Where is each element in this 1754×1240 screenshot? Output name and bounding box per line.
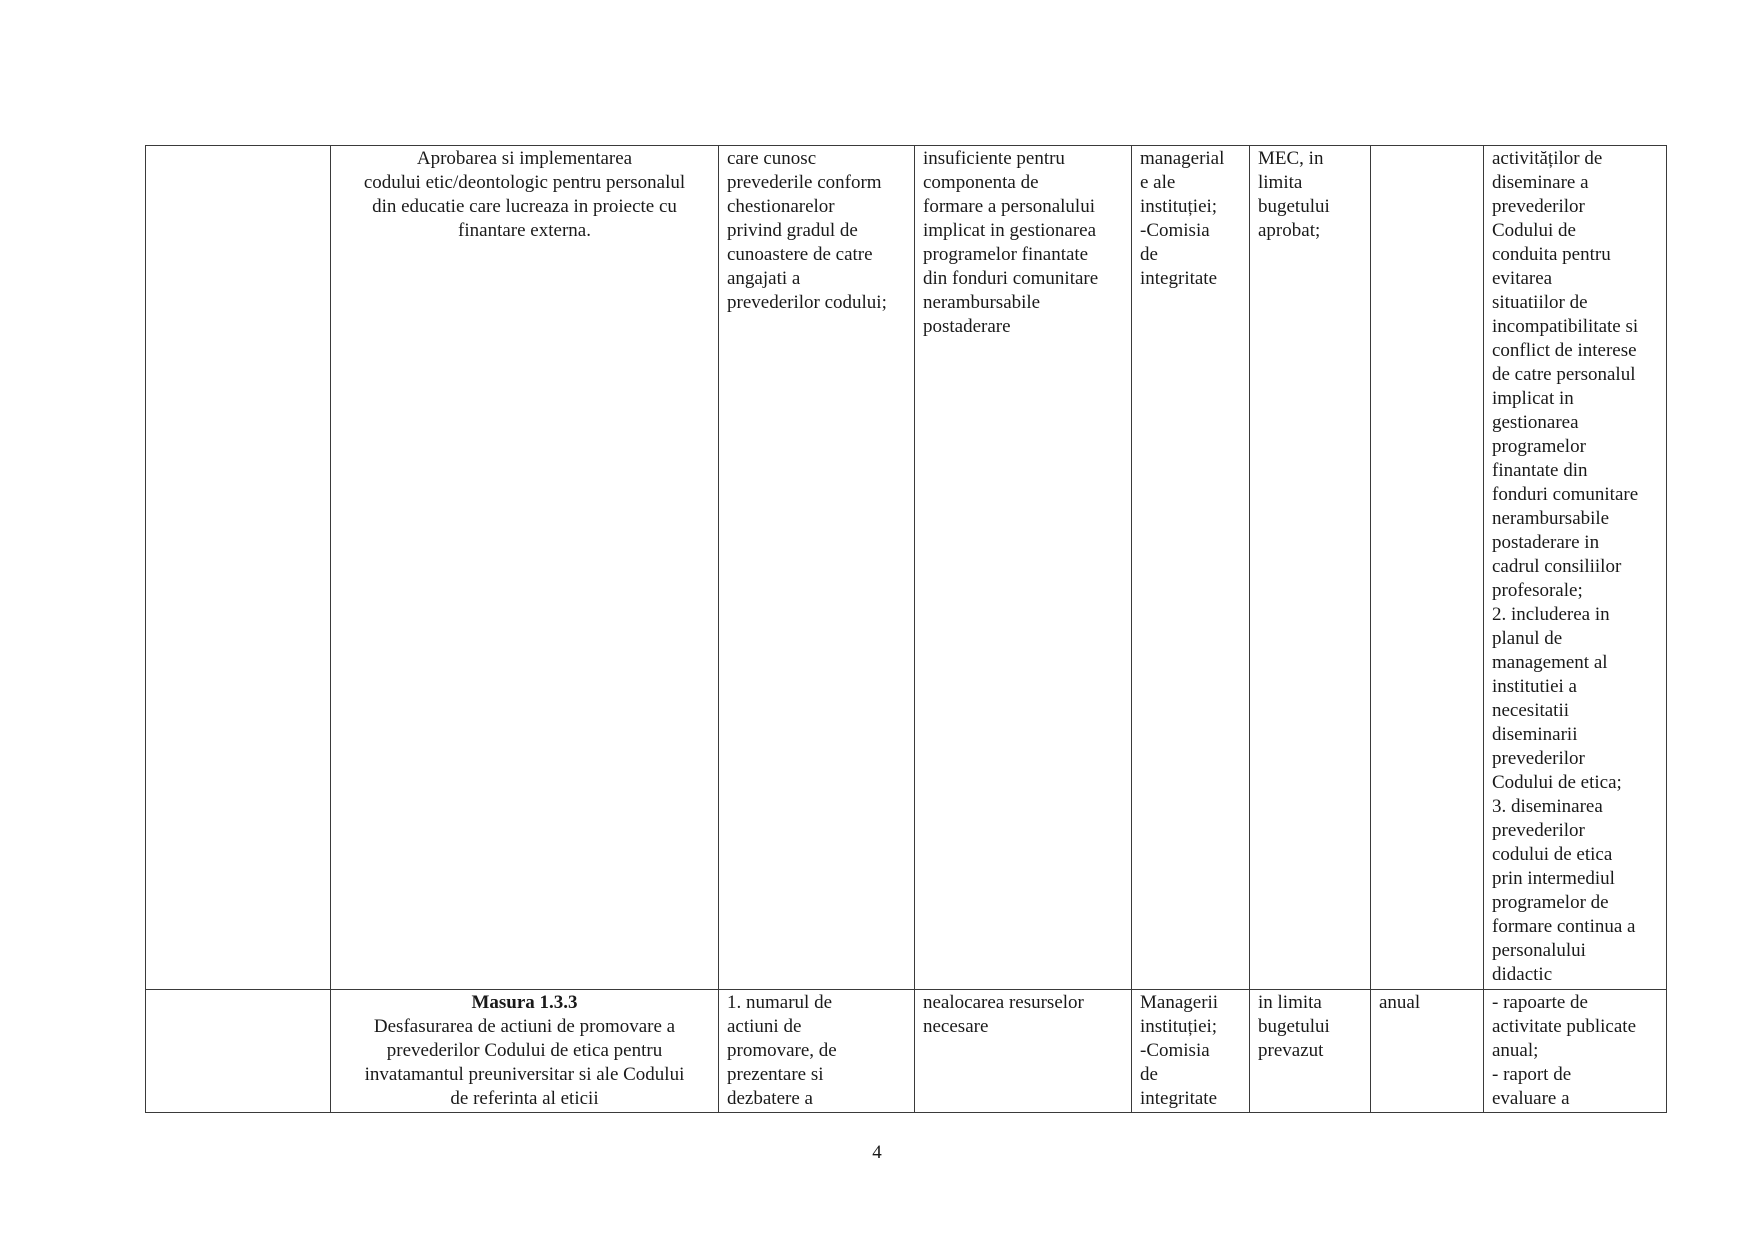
objective-cell	[146, 146, 331, 990]
risks-cell: nealocarea resurselor necesare	[915, 990, 1132, 1113]
indicator-cell: care cunosc prevederile conform chestion…	[719, 146, 915, 990]
document-page: Aprobarea si implementarea codului etic/…	[0, 0, 1754, 1240]
action-plan-table: Aprobarea si implementarea codului etic/…	[145, 145, 1667, 1113]
verification-cell: activităților de diseminare a prevederil…	[1484, 146, 1667, 990]
table-row: Masura 1.3.3Desfasurarea de actiuni de p…	[146, 990, 1667, 1113]
measure-title: Masura 1.3.3	[339, 991, 710, 1015]
verification-cell: - rapoarte de activitate publicate anual…	[1484, 990, 1667, 1113]
deadline-cell: anual	[1371, 990, 1484, 1113]
page-number: 4	[0, 1142, 1754, 1164]
measure-text: Desfasurarea de actiuni de promovare a p…	[365, 1016, 685, 1109]
measure-description-cell: Masura 1.3.3Desfasurarea de actiuni de p…	[331, 990, 719, 1113]
table-row: Aprobarea si implementarea codului etic/…	[146, 146, 1667, 990]
resources-cell: MEC, in limita bugetului aprobat;	[1250, 146, 1371, 990]
responsible-cell: managerial e ale instituției; -Comisia d…	[1132, 146, 1250, 990]
resources-cell: in limita bugetului prevazut	[1250, 990, 1371, 1113]
objective-cell	[146, 990, 331, 1113]
indicator-cell: 1. numarul de actiuni de promovare, de p…	[719, 990, 915, 1113]
measure-description-cell: Aprobarea si implementarea codului etic/…	[331, 146, 719, 990]
responsible-cell: Managerii instituției; -Comisia de integ…	[1132, 990, 1250, 1113]
deadline-cell	[1371, 146, 1484, 990]
risks-cell: insuficiente pentru componenta de formar…	[915, 146, 1132, 990]
